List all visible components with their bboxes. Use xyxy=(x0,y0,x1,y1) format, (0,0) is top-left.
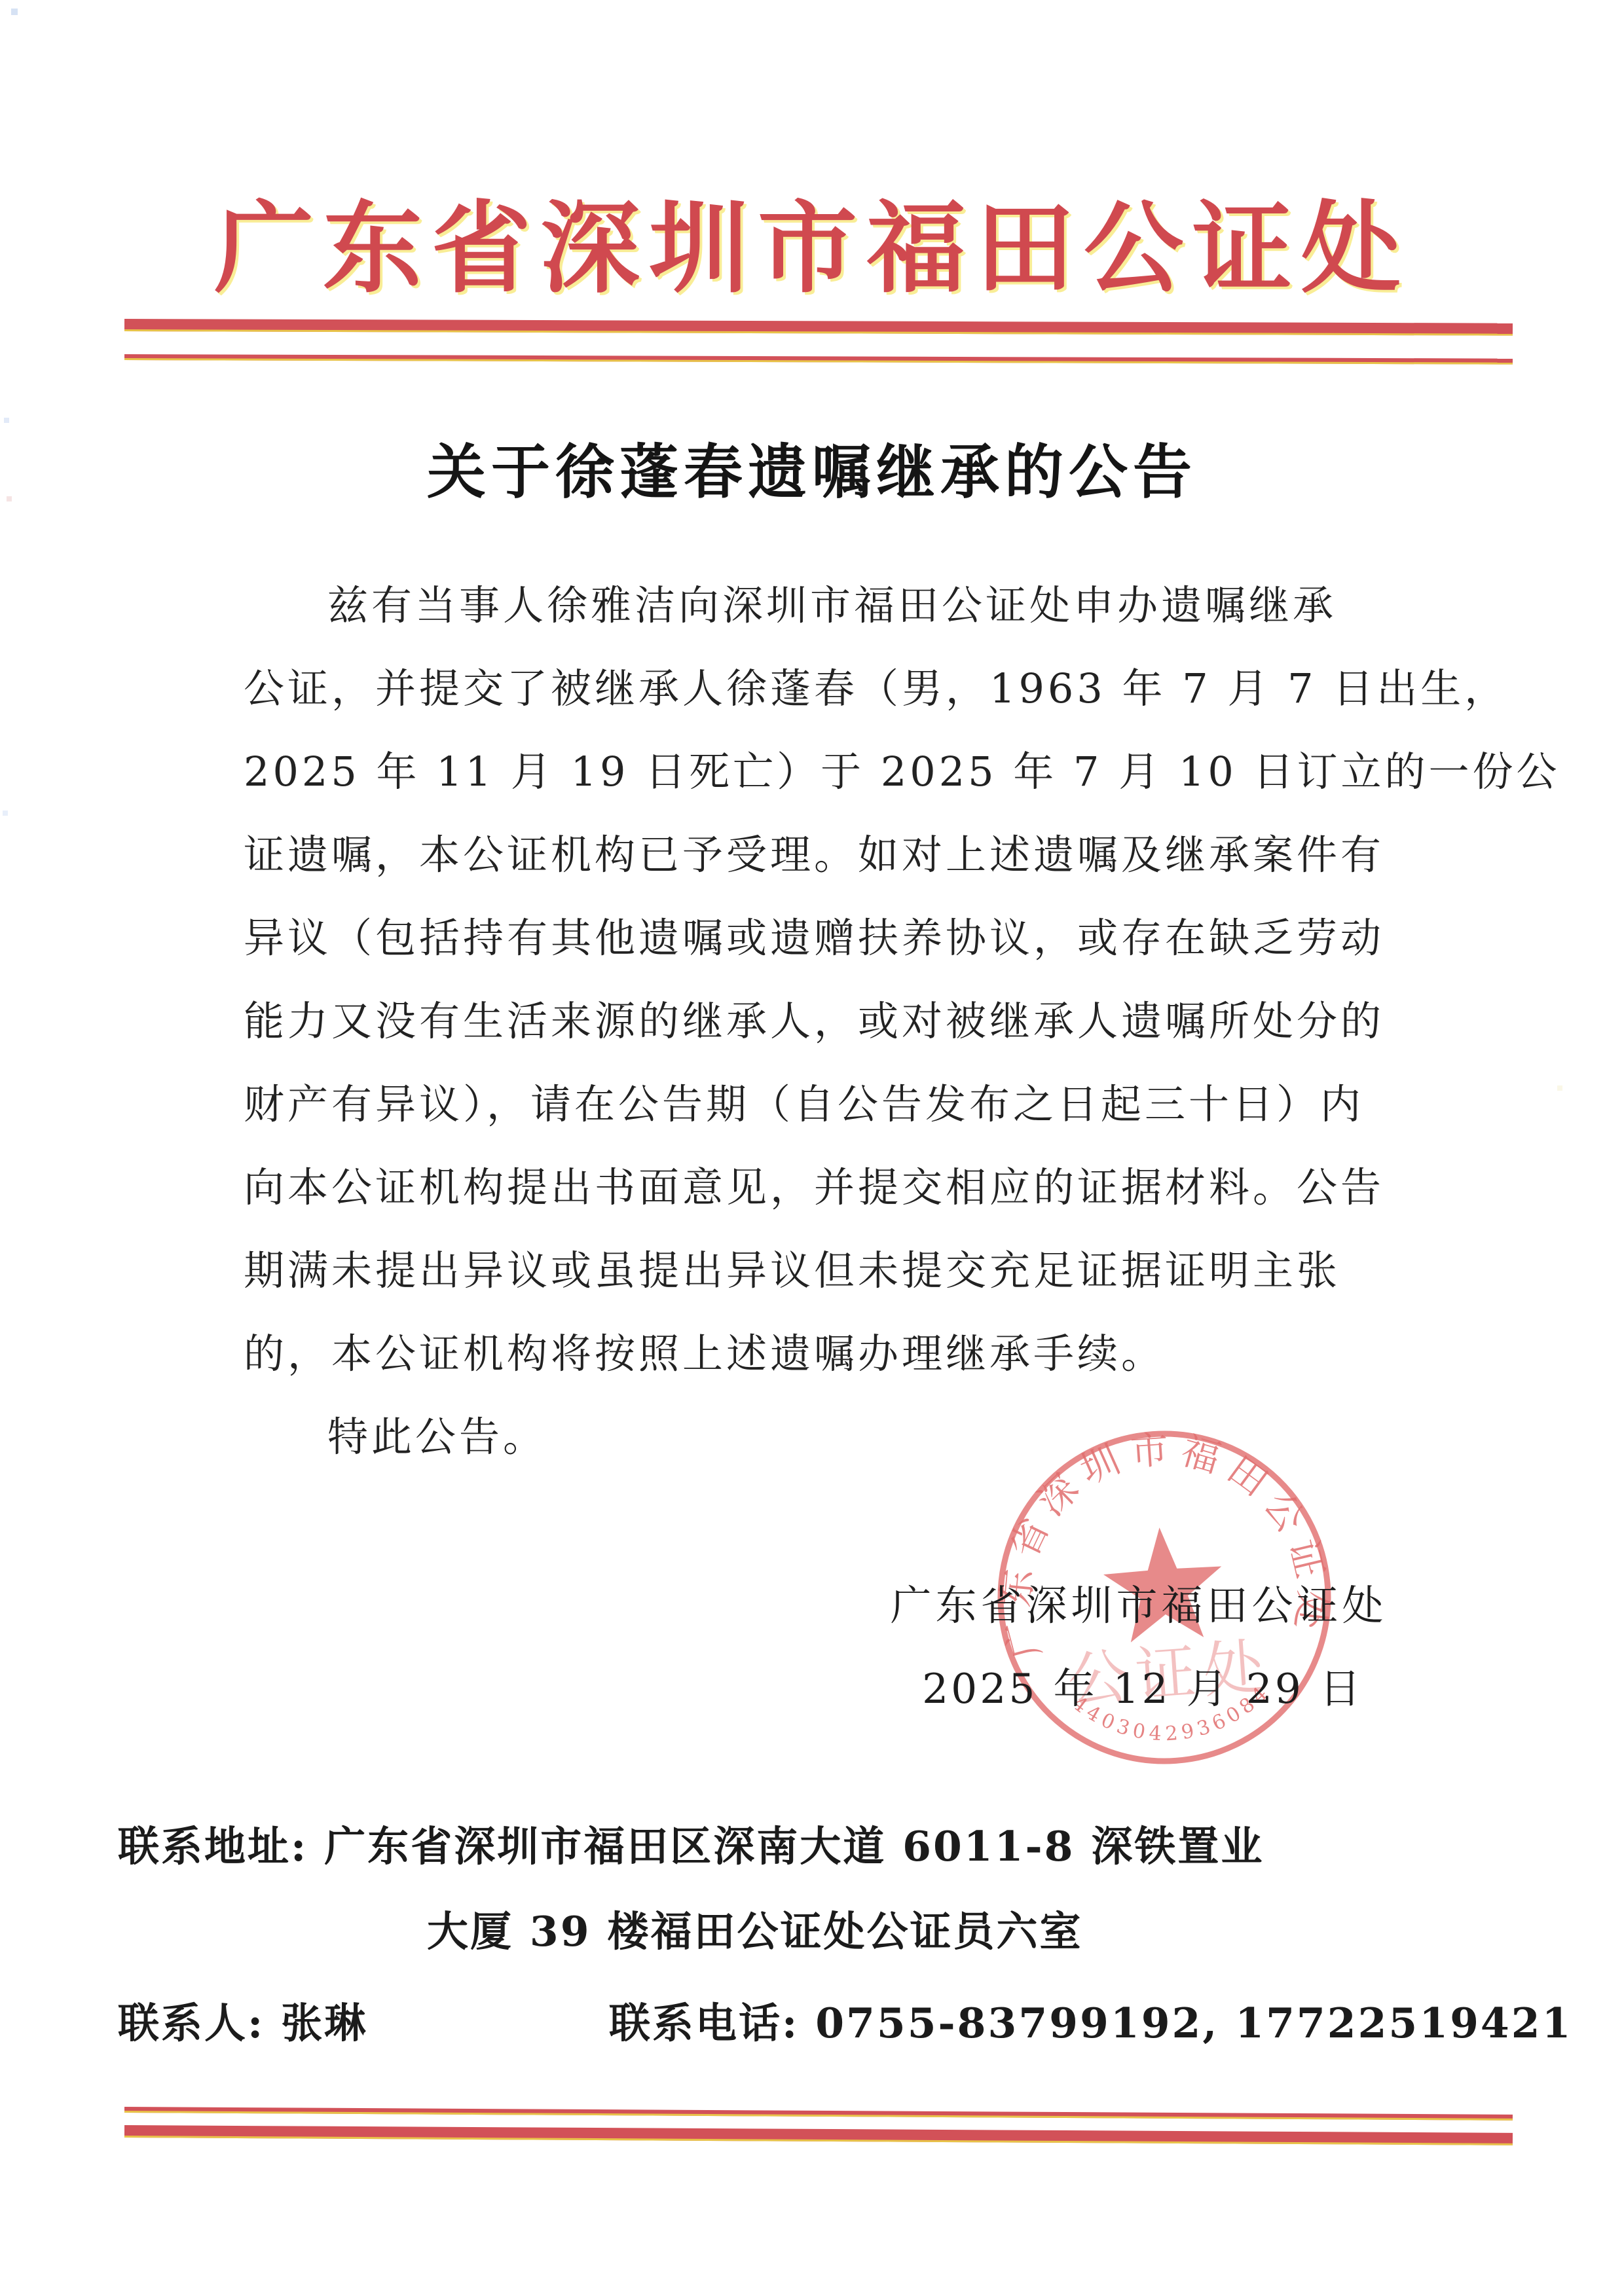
signature-org: 广东省深圳市福田公证处 xyxy=(888,1575,1390,1637)
body-line: 财产有异议），请在公告期（自公告发布之日起三十日）内 xyxy=(244,1063,1387,1146)
body-line: 2025 年 11 月 19 日死亡）于 2025 年 7 月 10 日订立的一… xyxy=(244,730,1387,813)
body-line-closing: 特此公告。 xyxy=(244,1395,1387,1478)
body-line: 兹有当事人徐雅洁向深圳市福田公证处申办遗嘱继承 xyxy=(244,564,1387,647)
body-line: 能力又没有生活来源的继承人，或对被继承人遗嘱所处分的 xyxy=(244,979,1387,1063)
footer-rule-thick xyxy=(124,2125,1513,2145)
signature-date: 2025 年 12 月 29 日 xyxy=(907,1658,1378,1720)
body-line: 期满未提出异议或虽提出异议但未提交充足证据证明主张 xyxy=(244,1229,1387,1312)
notary-announcement-page: 广东省深圳市福田公证处 关于徐蓬春遗嘱继承的公告 兹有当事人徐雅洁向深圳市福田公… xyxy=(0,0,1624,2296)
contact-row: 联系人: 张琳 联系电话: 0755-83799192, 17722519421 xyxy=(0,1992,1624,2054)
body-line: 证遗嘱，本公证机构已予受理。如对上述遗嘱及继承案件有 xyxy=(244,813,1387,896)
contact-person: 联系人: 张琳 xyxy=(118,1992,367,2054)
body-line: 向本公证机构提出书面意见，并提交相应的证据材料。公告 xyxy=(244,1146,1387,1229)
scan-noise-specks xyxy=(0,0,3,3)
contact-address-line2: 大厦 39 楼福田公证处公证员六室 xyxy=(427,1900,1083,1963)
body-line: 的，本公证机构将按照上述遗嘱办理继承手续。 xyxy=(244,1312,1387,1395)
notice-body: 兹有当事人徐雅洁向深圳市福田公证处申办遗嘱继承 公证，并提交了被继承人徐蓬春（男… xyxy=(244,564,1387,1478)
letterhead-rule-thick xyxy=(124,319,1513,336)
body-line: 异议（包括持有其他遗嘱或遗赠扶养协议，或存在缺乏劳动 xyxy=(244,896,1387,979)
letterhead-rule-thin xyxy=(124,354,1513,365)
letterhead-org-title: 广东省深圳市福田公证处 xyxy=(0,169,1624,312)
notice-title: 关于徐蓬春遗嘱继承的公告 xyxy=(0,424,1624,509)
body-line: 公证，并提交了被继承人徐蓬春（男，1963 年 7 月 7 日出生， xyxy=(244,647,1387,730)
contact-phone: 联系电话: 0755-83799192, 17722519421 xyxy=(609,1992,1572,2054)
footer-rule-thin xyxy=(124,2107,1513,2121)
contact-address-line1: 联系地址: 广东省深圳市福田区深南大道 6011-8 深铁置业 xyxy=(118,1815,1264,1878)
